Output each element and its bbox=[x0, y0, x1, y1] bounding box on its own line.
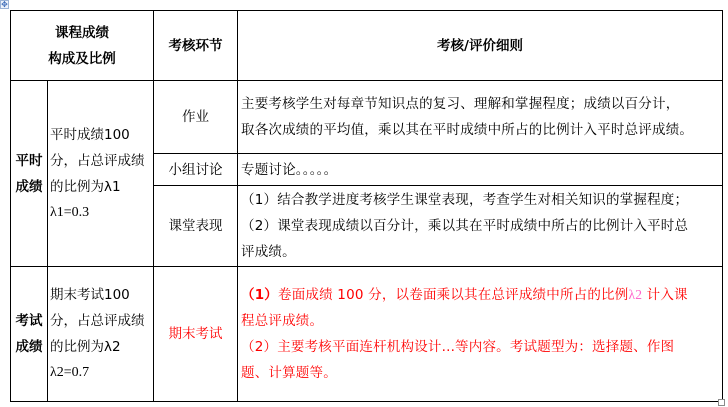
stage-homework: 作业 bbox=[154, 81, 238, 154]
ratio-value: λ2=0.7 bbox=[50, 360, 153, 386]
category-regular-grade: 平时 成绩 bbox=[11, 81, 48, 267]
ratio-line: 平时成绩100 bbox=[50, 122, 153, 148]
detail-line: （1）结合教学进度考核学生课堂表现，考查学生对相关知识的掌握程度； bbox=[241, 187, 720, 213]
detail-homework: 主要考核学生对每章节知识点的复习、理解和掌握程度；成绩以百分计， 取各次成绩的平… bbox=[238, 81, 723, 154]
header-composition-line1: 课程成绩 bbox=[11, 20, 153, 46]
detail-line: 程总评成绩。 bbox=[241, 308, 720, 334]
detail-line: （2）课堂表现成绩以百分计，乘以其在平时成绩中所占的比例计入平时总 bbox=[241, 213, 720, 239]
stage-class-performance: 课堂表现 bbox=[154, 186, 238, 267]
header-row: 课程成绩 构成及比例 考核环节 考核/评价细则 bbox=[11, 11, 723, 81]
header-composition-line2: 构成及比例 bbox=[11, 46, 153, 72]
ratio-regular-grade: 平时成绩100 分，占总评成绩 的比例为λ1 λ1=0.3 bbox=[48, 81, 154, 267]
ratio-value: λ1=0.3 bbox=[50, 200, 153, 226]
table-resize-handle-icon[interactable] bbox=[718, 399, 725, 406]
ratio-line: 的比例为λ2 bbox=[50, 334, 153, 360]
detail-line: 专题讨论。。。。。 bbox=[241, 157, 720, 183]
detail-line: （2）主要考核平面连杆机构设计...等内容。考试题型为：选择题、作图 bbox=[241, 334, 720, 360]
table-row: 考试 成绩 期末考试100 分，占总评成绩 的比例为λ2 λ2=0.7 期末考试… bbox=[11, 267, 723, 402]
header-details: 考核/评价细则 bbox=[238, 11, 723, 81]
detail-prefix: （1） bbox=[241, 287, 278, 303]
category-line2: 成绩 bbox=[11, 174, 47, 200]
detail-text: 计入课 bbox=[642, 287, 688, 303]
detail-line: 主要考核学生对每章节知识点的复习、理解和掌握程度；成绩以百分计， bbox=[241, 91, 720, 117]
detail-line: 取各次成绩的平均值，乘以其在平时成绩中所占的比例计入平时总评成绩。 bbox=[241, 117, 720, 143]
category-exam-grade: 考试 成绩 bbox=[11, 267, 48, 402]
detail-text: 卷面成绩 100 分，以卷面乘以其在总评成绩中所占的比例 bbox=[278, 287, 628, 303]
grade-composition-table: 课程成绩 构成及比例 考核环节 考核/评价细则 平时 成绩 平时成绩100 分，… bbox=[10, 10, 723, 402]
detail-group-discussion: 专题讨论。。。。。 bbox=[238, 154, 723, 186]
ratio-exam-grade: 期末考试100 分，占总评成绩 的比例为λ2 λ2=0.7 bbox=[48, 267, 154, 402]
detail-line: 题、计算题等。 bbox=[241, 360, 720, 386]
document-page: ✥ 课程成绩 构成及比例 考核环节 考核/评价细则 平时 成绩 平时成绩100 … bbox=[0, 0, 728, 407]
ratio-line: 的比例为λ1 bbox=[50, 174, 153, 200]
detail-class-performance: （1）结合教学进度考核学生课堂表现，考查学生对相关知识的掌握程度； （2）课堂表… bbox=[238, 186, 723, 267]
ratio-line: 分，占总评成绩 bbox=[50, 148, 153, 174]
category-line1: 平时 bbox=[11, 148, 47, 174]
ratio-line: 分，占总评成绩 bbox=[50, 308, 153, 334]
category-line1: 考试 bbox=[11, 308, 47, 334]
detail-final-exam: （1）卷面成绩 100 分，以卷面乘以其在总评成绩中所占的比例λ2 计入课 程总… bbox=[238, 267, 723, 402]
header-composition: 课程成绩 构成及比例 bbox=[11, 11, 154, 81]
table-move-handle-icon[interactable]: ✥ bbox=[0, 0, 9, 9]
category-line2: 成绩 bbox=[11, 334, 47, 360]
header-stage: 考核环节 bbox=[154, 11, 238, 81]
detail-line: （1）卷面成绩 100 分，以卷面乘以其在总评成绩中所占的比例λ2 计入课 bbox=[241, 282, 720, 308]
detail-line: 评成绩。 bbox=[241, 239, 720, 265]
stage-group-discussion: 小组讨论 bbox=[154, 154, 238, 186]
ratio-line: 期末考试100 bbox=[50, 282, 153, 308]
lambda-symbol: λ2 bbox=[628, 287, 642, 302]
stage-final-exam: 期末考试 bbox=[154, 267, 238, 402]
table-row: 平时 成绩 平时成绩100 分，占总评成绩 的比例为λ1 λ1=0.3 作业 主… bbox=[11, 81, 723, 154]
